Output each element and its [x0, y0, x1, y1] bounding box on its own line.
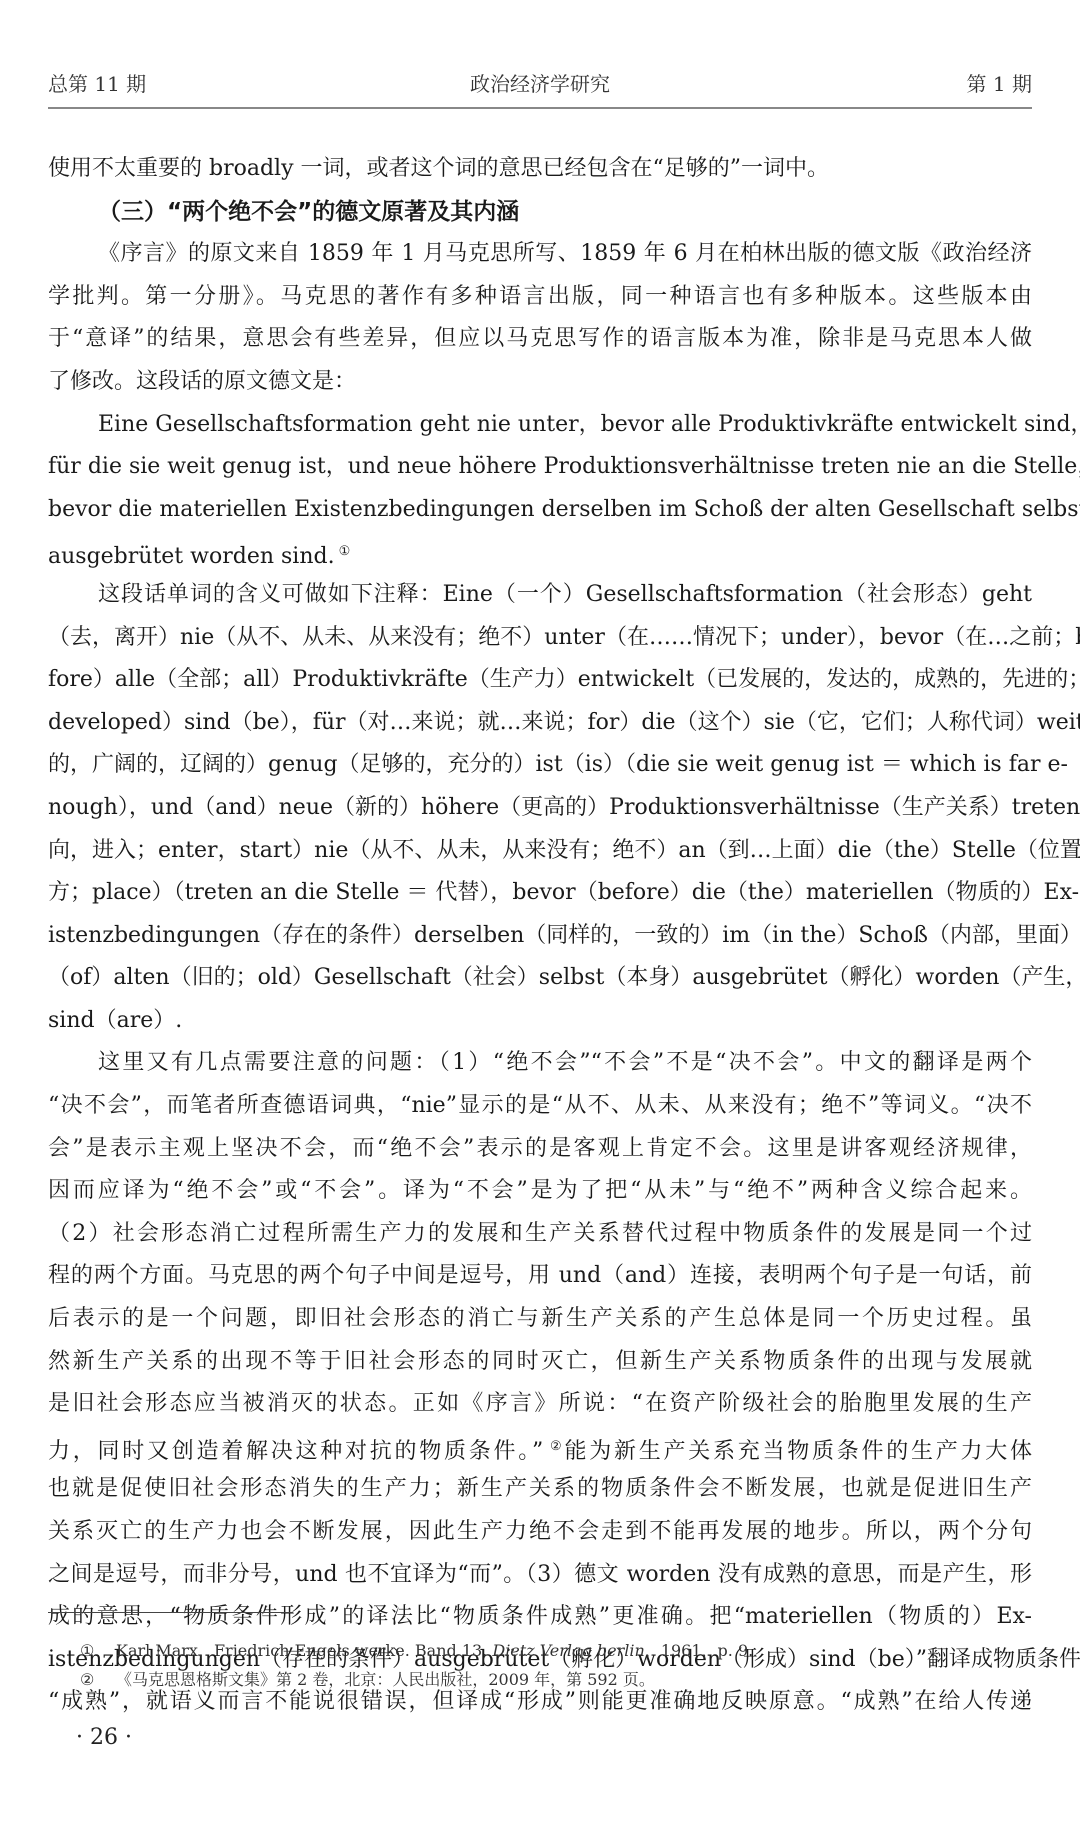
- header-rule: [48, 107, 1032, 109]
- footnote-text-end: ，1961，p. 9.: [645, 1641, 753, 1660]
- footnote-text: Karl Marx，Friedrich Engels werke. Band 1…: [116, 1641, 492, 1660]
- text-line: 这段话单词的含义可做如下注释：Eine（一个）Gesellschaftsform…: [48, 574, 1032, 617]
- text-line: 之间是逗号，而非分号，und 也不宜译为“而”。（3）德文 worden 没有成…: [48, 1554, 1032, 1597]
- text-line: 成的意思，“物质条件形成”的译法比“物质条件成熟”更准确。把“materiell…: [48, 1596, 1032, 1639]
- german-quote-end: ausgebrütet worden sind.: [48, 544, 335, 569]
- text-line: 然新生产关系的出现不等于旧社会形态的同时灭亡，但新生产关系物质条件的出现与发展就: [48, 1341, 1032, 1384]
- text-line: 《序言》的原文来自 1859 年 1 月马克思所写、1859 年 6 月在柏林出…: [48, 233, 1032, 276]
- text-line: 方；place）（treten an die Stelle ＝ 代替），bevo…: [48, 872, 1032, 915]
- footnote-text: 《马克思恩格斯文集》第 2 卷，北京：人民出版社，2009 年，第 592 页。: [116, 1670, 655, 1689]
- issue-number: 第 1 期: [967, 68, 1032, 100]
- text-line: 因而应译为“绝不会”或“不会”。译为“不会”是为了把“从未”与“绝不”两种含义综…: [48, 1170, 1032, 1213]
- quote-end: 力，同时又创造着解决这种对抗的物质条件。”: [48, 1439, 543, 1464]
- page-number: · 26 ·: [76, 1722, 132, 1754]
- text-line: istenzbedingungen（存在的条件）derselben（同样的，一致…: [48, 915, 1032, 958]
- text-line: 于“意译”的结果，意思会有些差异，但应以马克思写作的语言版本为准，除非是马克思本…: [48, 318, 1032, 361]
- text-line: 后表示的是一个问题，即旧社会形态的消亡与新生产关系的产生总体是同一个历史过程。虽: [48, 1298, 1032, 1341]
- text-line: 关系灭亡的生产力也会不断发展，因此生产力绝不会走到不能再发展的地步。所以，两个分…: [48, 1511, 1032, 1554]
- text-line: （去，离开）nie（从不、从未、从来没有；绝不）unter（在……情况下；und…: [48, 617, 1032, 660]
- footnote-mark: ②: [80, 1665, 116, 1694]
- footnote-ref-2[interactable]: ②: [547, 1439, 564, 1454]
- section-heading: （三）“两个绝不会”的德文原著及其内涵: [48, 191, 1032, 234]
- text-line: 向，进入；enter，start）nie（从不、从未，从来没有；绝不）an（到……: [48, 830, 1032, 873]
- body-text: 使用不太重要的 broadly 一词，或者这个词的意思已经包含在“足够的”一词中…: [48, 148, 1032, 1724]
- running-header: 总第 11 期 政治经济学研究 第 1 期: [48, 68, 1032, 100]
- footnote-rule: [48, 1612, 293, 1613]
- text-line: （of）alten（旧的；old）Gesellschaft（社会）selbst（…: [48, 957, 1032, 1000]
- text-line: fore）alle（全部；all）Produktivkräfte（生产力）ent…: [48, 659, 1032, 702]
- text-line: 程的两个方面。马克思的两个句子中间是逗号，用 und（and）连接，表明两个句子…: [48, 1255, 1032, 1298]
- text-line: developed）sind（be），für（对…来说；就…来说；for）die…: [48, 702, 1032, 745]
- journal-title: 政治经济学研究: [48, 68, 1032, 100]
- text-line: 是旧社会形态应当被消灭的状态。正如《序言》所说：“在资产阶级社会的胎胞里发展的生…: [48, 1383, 1032, 1426]
- german-quote-line: für die sie weit genug ist，und neue höhe…: [48, 446, 1032, 489]
- footnotes: ①Karl Marx，Friedrich Engels werke. Band …: [80, 1636, 1020, 1694]
- text-line: 也就是促使旧社会形态消失的生产力；新生产关系的物质条件会不断发展，也就是促进旧生…: [48, 1468, 1032, 1511]
- text-line: 的，广阔的，辽阔的）genug（足够的，充分的）ist（is）（die sie …: [48, 744, 1032, 787]
- text-line: 力，同时又创造着解决这种对抗的物质条件。”②能为新生产关系充当物质条件的生产力大…: [48, 1426, 1032, 1469]
- german-quote-line: Eine Gesellschaftsformation geht nie unt…: [48, 404, 1032, 447]
- footnote-1: ①Karl Marx，Friedrich Engels werke. Band …: [80, 1636, 1020, 1665]
- text-line: sind（are）.: [48, 1000, 1032, 1043]
- text-line: 这里又有几点需要注意的问题：（1）“绝不会”“不会”不是“决不会”。中文的翻译是…: [48, 1042, 1032, 1085]
- text-line: 使用不太重要的 broadly 一词，或者这个词的意思已经包含在“足够的”一词中…: [48, 148, 1032, 191]
- footnote-publisher: Dietz Verlag berlin: [492, 1641, 644, 1660]
- text-line: 会”是表示主观上坚决不会，而“绝不会”表示的是客观上肯定不会。这里是讲客观经济规…: [48, 1128, 1032, 1171]
- text-line: nough），und（and）neue（新的）höhere（更高的）Produk…: [48, 787, 1032, 830]
- text-line: 了修改。这段话的原文德文是：: [48, 361, 1032, 404]
- text-line: 学批判。第一分册》。马克思的著作有多种语言出版，同一种语言也有多种版本。这些版本…: [48, 276, 1032, 319]
- german-quote-line: bevor die materiellen Existenzbedingunge…: [48, 489, 1032, 532]
- footnote-ref-1[interactable]: ①: [339, 544, 351, 559]
- text-continuation: 能为新生产关系充当物质条件的生产力大体: [564, 1439, 1032, 1464]
- text-line: （2）社会形态消亡过程所需生产力的发展和生产关系替代过程中物质条件的发展是同一个…: [48, 1213, 1032, 1256]
- footnote-mark: ①: [80, 1636, 116, 1665]
- german-quote-line: ausgebrütet worden sind.①: [48, 531, 1032, 574]
- footnote-2: ②《马克思恩格斯文集》第 2 卷，北京：人民出版社，2009 年，第 592 页…: [80, 1665, 1020, 1694]
- text-line: “决不会”，而笔者所查德语词典，“nie”显示的是“从不、从未、从来没有；绝不”…: [48, 1085, 1032, 1128]
